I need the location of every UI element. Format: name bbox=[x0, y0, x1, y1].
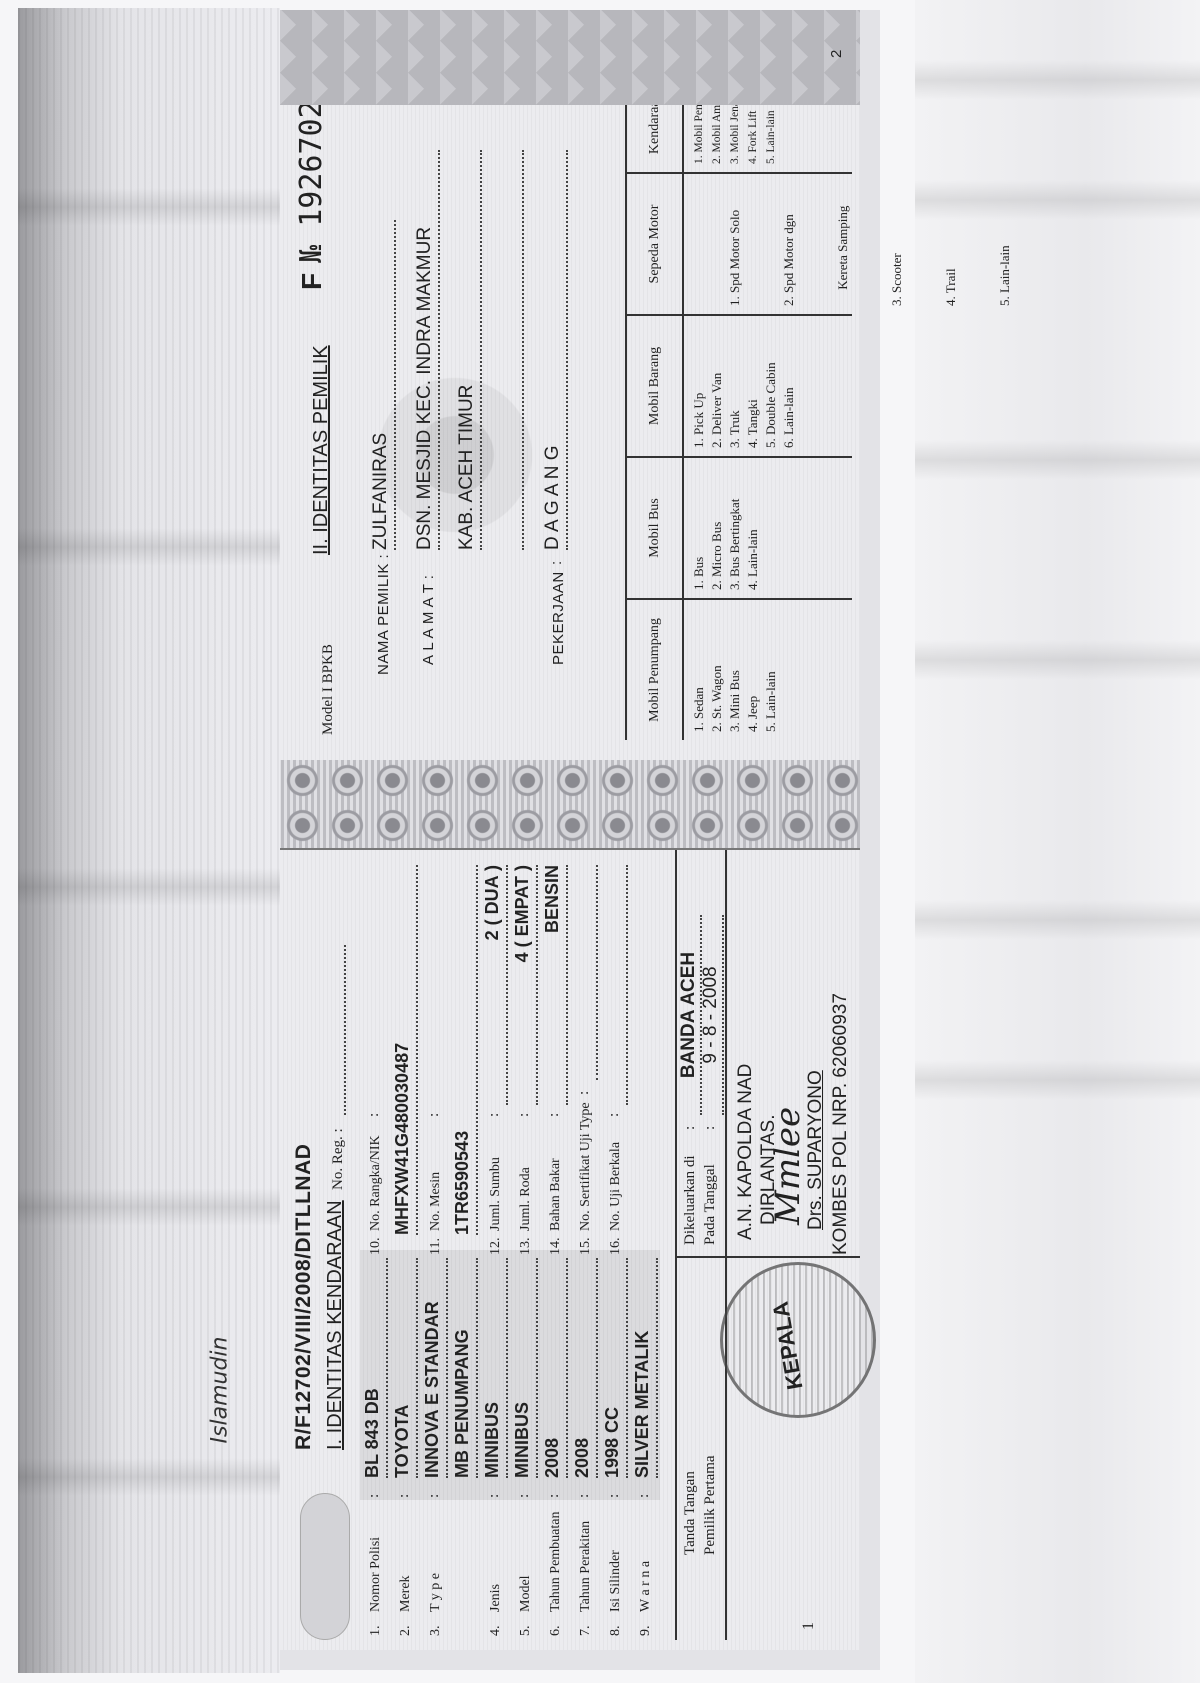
address-line1: DSN. MESJID KEC. INDRA MAKMUR bbox=[414, 150, 440, 550]
divider bbox=[675, 850, 677, 1640]
field-no-rangka: 10. No. Rangka/NIK : bbox=[362, 855, 392, 1255]
no-reg-line bbox=[344, 945, 346, 1115]
photo-oval bbox=[300, 1493, 350, 1640]
owner-name: ZULFANIRAS bbox=[370, 220, 396, 550]
divider bbox=[725, 850, 727, 1640]
issued-at-label: Dikeluarkan di bbox=[682, 1155, 699, 1245]
category-mobil-bus: Mobil Bus 1. Bus 2. Micro Bus 3. Bus Ber… bbox=[627, 456, 852, 598]
occupation: D A G A N G bbox=[542, 150, 568, 550]
field-bahan-bakar: 14. Bahan Bakar : BENSIN bbox=[542, 855, 572, 1255]
occupation-label: PEKERJAAN bbox=[550, 571, 567, 665]
divider bbox=[675, 1256, 860, 1258]
signatory-line1: A.N. KAPOLDA NAD bbox=[735, 1064, 757, 1240]
no-reg-label: No. Reg. : bbox=[330, 1128, 347, 1190]
field-jumlah-roda: 13. Juml. Roda : 4 ( EMPAT ) bbox=[512, 855, 542, 1255]
field-no-mesin: 11. No. Mesin : bbox=[422, 855, 452, 1255]
owner-identity-page: Model I BPKB II. IDENTITAS PEMILIK F№ 19… bbox=[280, 20, 860, 760]
vehicle-identity-page: R/F12702/VIII/2008/DITLLNAD I. IDENTITAS… bbox=[280, 850, 860, 1650]
section-title-owner-identity: II. IDENTITAS PEMILIK bbox=[310, 345, 333, 555]
issued-date-value: 9 - 8 - 2008 bbox=[700, 915, 724, 1115]
field-uji-berkala: 16. No. Uji Berkala : bbox=[602, 855, 632, 1255]
issued-date-label: Pada Tanggal bbox=[702, 1164, 719, 1245]
field-warna: 9. W a r n a : SILVER METALIK bbox=[632, 840, 662, 1640]
handwritten-note: Islamudin bbox=[200, 1330, 240, 1450]
category-mobil-penumpang: Mobil Penumpang 1. Sedan 2. St. Wagon 3.… bbox=[627, 598, 852, 740]
page-number: 2 bbox=[828, 50, 845, 58]
ornamental-edge bbox=[280, 10, 860, 105]
field-jumlah-sumbu: 12. Juml. Sumbu : 2 ( DUA ) bbox=[482, 855, 512, 1255]
vehicle-category-table: Mobil Penumpang 1. Sedan 2. St. Wagon 3.… bbox=[625, 30, 852, 740]
signature: Mmlee bbox=[768, 1107, 808, 1225]
category-sepeda-motor: Sepeda Motor 1. Spd Motor Solo 2. Spd Mo… bbox=[627, 172, 852, 314]
bpkb-document: R/F12702/VIII/2008/DITLLNAD I. IDENTITAS… bbox=[280, 10, 880, 1670]
scan-margin-left bbox=[18, 8, 280, 1673]
model-label: Model I BPKB bbox=[320, 644, 337, 735]
owner-name-label: NAMA PEMILIK : bbox=[375, 554, 392, 675]
registration-reference: R/F12702/VIII/2008/DITLLNAD bbox=[292, 1144, 316, 1450]
address-line2: KAB. ACEH TIMUR bbox=[456, 150, 482, 550]
serial-number: F№ 1926702 bbox=[294, 100, 329, 290]
category-mobil-barang: Mobil Barang 1. Pick Up 2. Deliver Van 3… bbox=[627, 314, 852, 456]
field-sertifikat-uji-type: 15. No. Sertifikat Uji Type : bbox=[572, 855, 602, 1255]
issued-at-value: BANDA ACEH bbox=[678, 915, 702, 1115]
signatory-name: Drs. SUPARYONO bbox=[805, 1070, 827, 1230]
signatory-rank-nrp: KOMBES POL NRP. 62060937 bbox=[830, 993, 852, 1255]
vehicle-fields-right: 10. No. Rangka/NIK : MHFXW41G480030487 1… bbox=[362, 855, 632, 1255]
first-owner-signature-label: Tanda Tangan bbox=[682, 1471, 699, 1555]
ornamental-binding bbox=[280, 756, 860, 850]
stray-mark: 1 bbox=[800, 1622, 818, 1630]
address-label: A L A M A T : bbox=[420, 575, 437, 665]
section-title-vehicle-identity: I. IDENTITAS KENDARAAN bbox=[324, 1200, 347, 1450]
